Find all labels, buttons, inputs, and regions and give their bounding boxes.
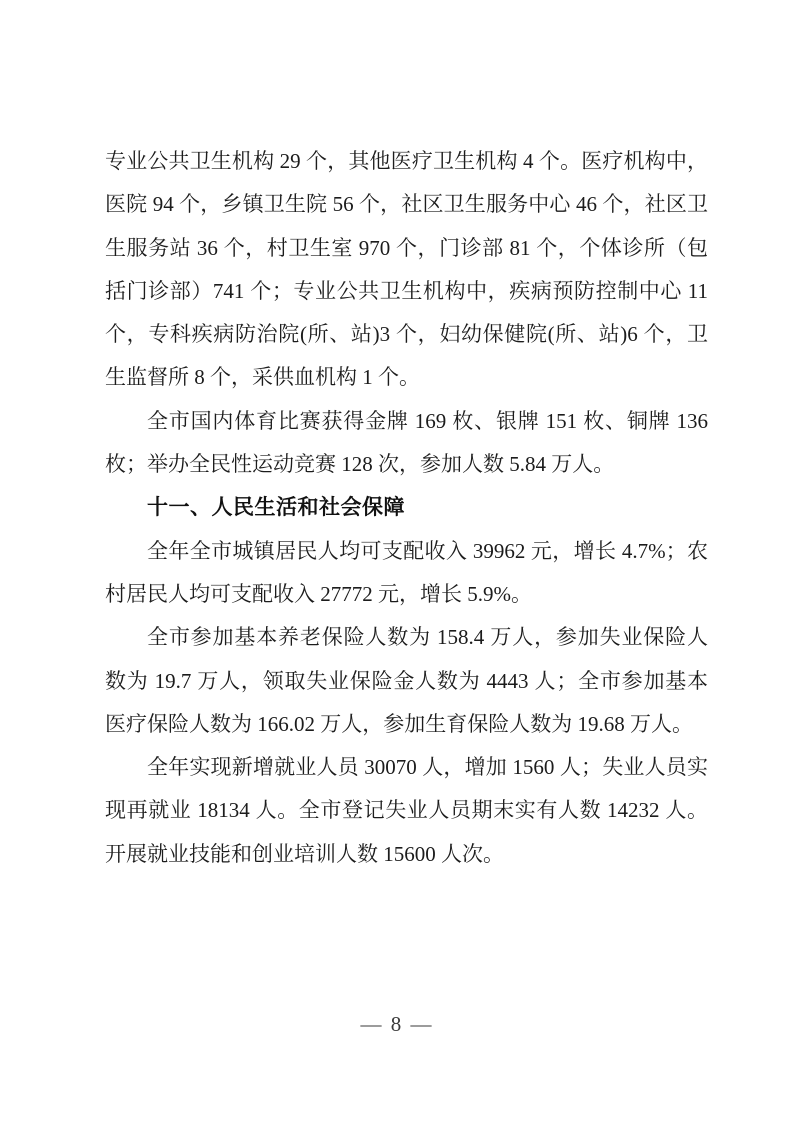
paragraph-social-insurance: 全市参加基本养老保险人数为 158.4 万人，参加失业保险人数为 19.7 万人… bbox=[105, 616, 708, 746]
page-footer: — 8 — bbox=[0, 1010, 794, 1038]
paragraph-sports-results: 全市国内体育比赛获得金牌 169 枚、银牌 151 枚、铜牌 136 枚；举办全… bbox=[105, 400, 708, 487]
section-heading: 十一、人民生活和社会保障 bbox=[105, 486, 708, 529]
paragraph-health-institutions: 专业公共卫生机构 29 个，其他医疗卫生机构 4 个。医疗机构中，医院 94 个… bbox=[105, 140, 708, 400]
document-body: 专业公共卫生机构 29 个，其他医疗卫生机构 4 个。医疗机构中，医院 94 个… bbox=[105, 140, 708, 876]
page-number: — 8 — bbox=[361, 1012, 434, 1036]
document-page: 专业公共卫生机构 29 个，其他医疗卫生机构 4 个。医疗机构中，医院 94 个… bbox=[0, 0, 794, 1123]
paragraph-employment: 全年实现新增就业人员 30070 人，增加 1560 人；失业人员实现再就业 1… bbox=[105, 746, 708, 876]
paragraph-resident-income: 全年全市城镇居民人均可支配收入 39962 元，增长 4.7%；农村居民人均可支… bbox=[105, 530, 708, 617]
